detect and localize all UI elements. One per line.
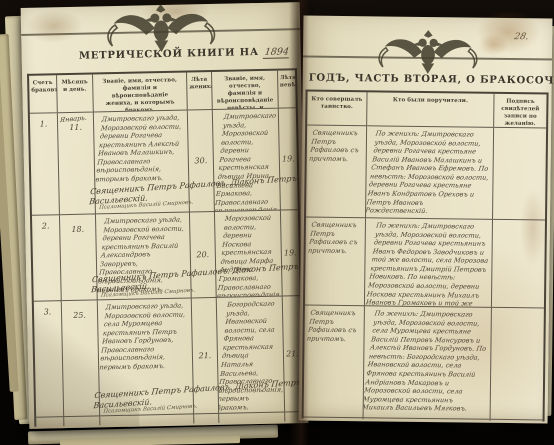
imperial-eagle-icon	[372, 26, 483, 75]
col-header-signature: Подпись свидѣтелей записи по желанію.	[494, 94, 546, 129]
empty-cell	[491, 420, 543, 422]
empty-cell	[100, 414, 194, 425]
row2-signature	[492, 220, 545, 309]
row1-bride-age: 19.	[279, 108, 298, 210]
empty-cell	[64, 416, 100, 426]
row2-celebrant: Священникъ Петръ Рафаиловъ съ причтомъ.	[305, 218, 366, 307]
row3-signature	[491, 308, 544, 421]
col-header-bride: Званіе, имя, отчество, фамилія и вѣроисп…	[212, 71, 279, 110]
row2-bride-age: 19.	[281, 210, 300, 296]
stain	[25, 9, 84, 44]
col-header-date: Мѣсяцъ и день.	[57, 74, 94, 113]
row2-number: 2.	[32, 215, 62, 302]
row2-witnesses: По женихѣ: Дмитровскаго уѣзда, Морозовск…	[365, 218, 493, 308]
empty-cell	[194, 414, 219, 424]
col-header-bride-age: Лѣта невѣсты.	[278, 70, 296, 108]
col-header-witnesses: Кто были поручители.	[367, 92, 494, 128]
imperial-eagle-icon	[100, 0, 221, 54]
stain	[476, 10, 541, 55]
col-header-groom-age: Лѣта жениха.	[187, 72, 213, 111]
col-header-celebrant: Кто совершалъ таинство.	[307, 92, 367, 127]
page-number: 28.	[513, 32, 529, 42]
col-header-groom: Званіе, имя, отчество, фамилія и вѣроисп…	[93, 72, 188, 112]
left-page: МЕТРИЧЕСКОЙ КНИГИ НА 1894 Счетъ браковъ.…	[21, 2, 309, 429]
handwritten-year: 1894	[262, 46, 290, 59]
row1-signature	[493, 128, 546, 221]
row3-celebrant: Священникъ Петръ Рафаиловъ съ причтомъ.	[304, 306, 365, 419]
marriage-table-right: Кто совершалъ таинство. Кто были поручит…	[302, 90, 549, 422]
book-scan: МЕТРИЧЕСКОЙ КНИГИ НА 1894 Счетъ браковъ.…	[0, 0, 554, 445]
right-page: 28. ГОДЪ, ЧАСТЬ ВТОРАЯ, О БРАКОСОЧЕТАВШИ…	[299, 15, 553, 423]
row1-number: 1.	[30, 113, 60, 216]
row3-number: 3.	[34, 301, 64, 418]
empty-cell	[364, 418, 491, 421]
marriage-table-left: Счетъ браковъ. Мѣсяцъ и день. Званіе, им…	[27, 68, 304, 427]
empty-cell	[36, 417, 64, 427]
row1-celebrant: Священникъ Петръ Рафаиловъ съ причтомъ.	[306, 126, 367, 219]
row3-witnesses: По женихѣ: Дмитровскаго уѣзда, Морозовск…	[364, 306, 492, 420]
row1-witnesses: По женихѣ: Дмитровскаго уѣзда, Морозовск…	[366, 126, 494, 220]
col-header-count: Счетъ браковъ.	[29, 75, 58, 114]
empty-cell	[219, 413, 285, 423]
empty-cell	[304, 418, 364, 420]
